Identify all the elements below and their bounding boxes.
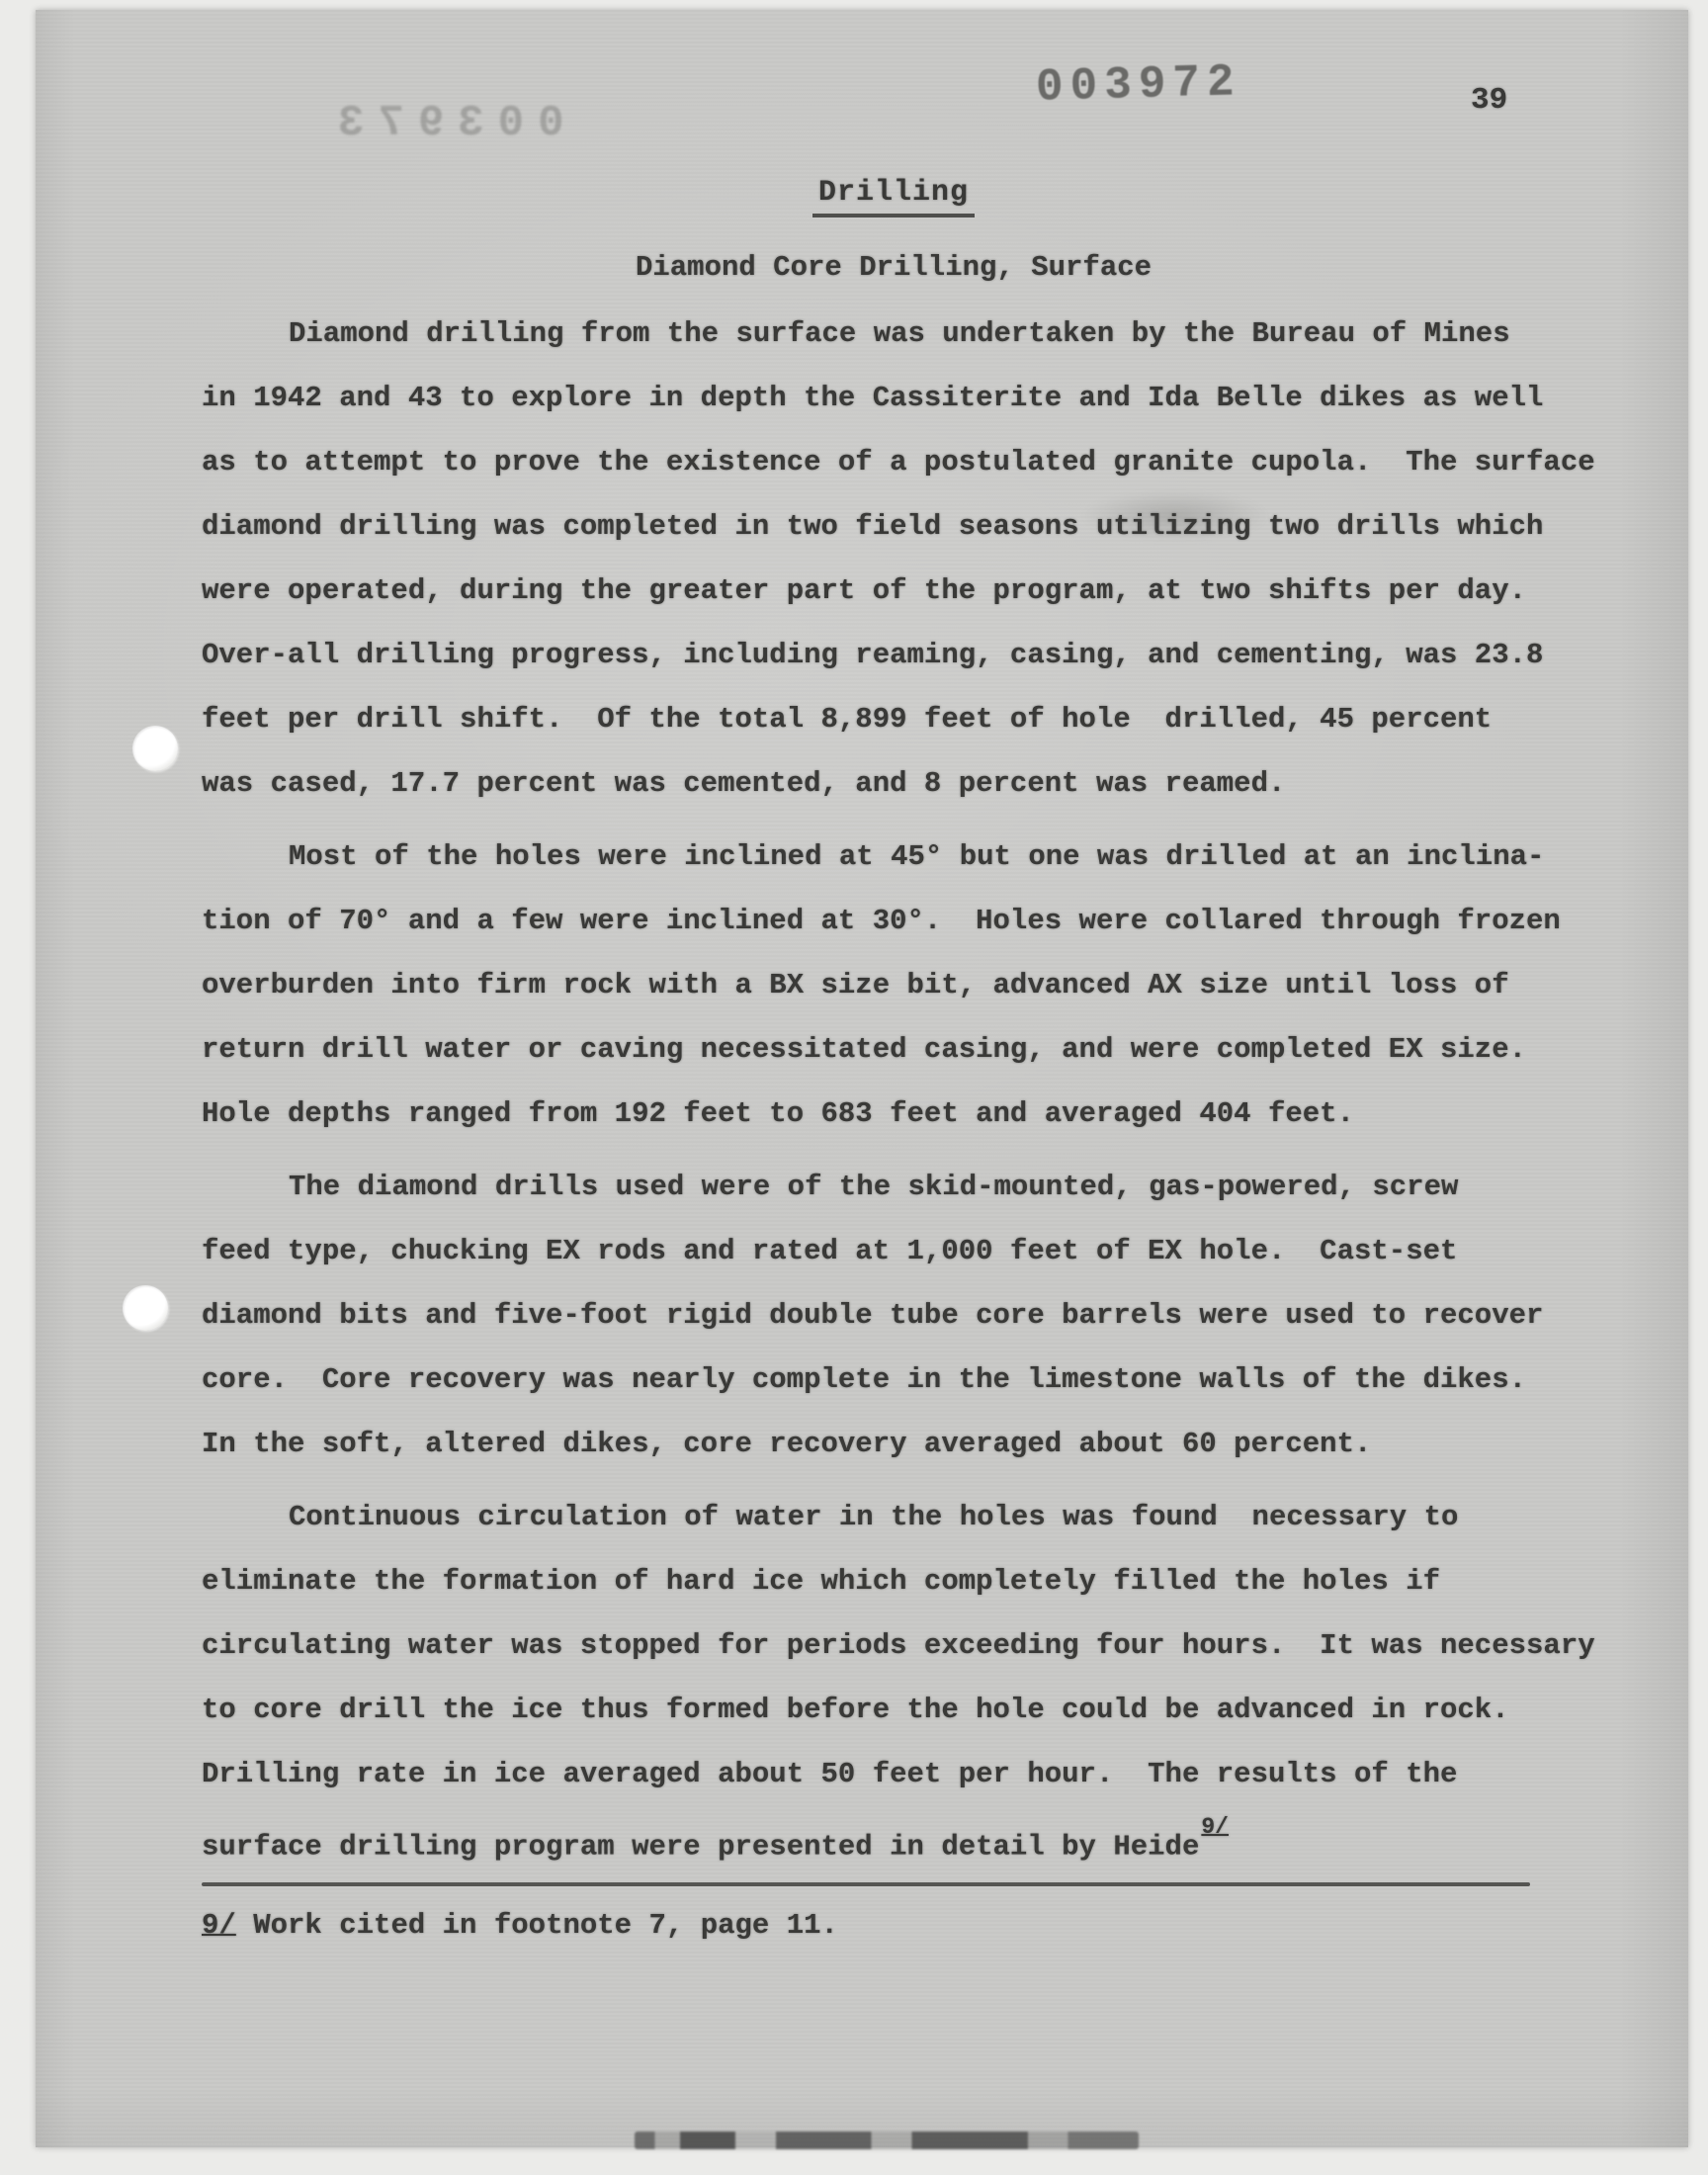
- body-line: Most of the holes were inclined at 45° b…: [202, 825, 1585, 889]
- bleedthrough-stamp-number: 003973: [324, 99, 563, 148]
- body-line: Continuous circulation of water in the h…: [202, 1485, 1585, 1549]
- body-line: The diamond drills used were of the skid…: [202, 1155, 1585, 1219]
- footnote: 9/ Work cited in footnote 7, page 11.: [202, 1906, 1585, 1946]
- punch-hole-top: [132, 726, 178, 771]
- section-title-row: Drilling: [202, 176, 1585, 217]
- body-line: diamond drilling was completed in two fi…: [202, 494, 1585, 559]
- body-line: overburden into firm rock with a BX size…: [202, 953, 1585, 1017]
- stamp-number: 003972: [1035, 56, 1241, 113]
- body-line: return drill water or caving necessitate…: [202, 1017, 1585, 1082]
- page-content: Drilling Diamond Core Drilling, Surface …: [202, 166, 1585, 1946]
- punch-hole-bottom: [123, 1285, 168, 1331]
- body-line: Diamond drilling from the surface was un…: [202, 302, 1585, 366]
- footnote-reference-mark: 9/: [1201, 1814, 1229, 1840]
- page-number: 39: [1471, 83, 1507, 118]
- body-line: feet per drill shift. Of the total 8,899…: [202, 687, 1585, 751]
- body-line: Over-all drilling progress, including re…: [202, 623, 1585, 687]
- paragraph-3: The diamond drills used were of the skid…: [202, 1155, 1585, 1476]
- paragraph-2: Most of the holes were inclined at 45° b…: [202, 825, 1585, 1146]
- scan-artifact-bottom-edge: [635, 2131, 1139, 2149]
- body-line: to core drill the ice thus formed before…: [202, 1678, 1585, 1742]
- scanned-document-page: { "document": { "stamp_number": "003972"…: [0, 0, 1708, 2175]
- paragraph-4: Continuous circulation of water in the h…: [202, 1485, 1585, 1870]
- body-line: core. Core recovery was nearly complete …: [202, 1348, 1585, 1412]
- paragraph-1: Diamond drilling from the surface was un…: [202, 302, 1585, 816]
- body-line: circulating water was stopped for period…: [202, 1613, 1585, 1678]
- body-line: feed type, chucking EX rods and rated at…: [202, 1219, 1585, 1283]
- body-line: tion of 70° and a few were inclined at 3…: [202, 889, 1585, 953]
- body-line: In the soft, altered dikes, core recover…: [202, 1412, 1585, 1476]
- body-line-with-footnote-ref: surface drilling program were presented …: [202, 1806, 1585, 1870]
- body-line: Drilling rate in ice averaged about 50 f…: [202, 1742, 1585, 1806]
- section-subtitle: Diamond Core Drilling, Surface: [202, 251, 1585, 284]
- footnote-divider-rule: [202, 1882, 1530, 1886]
- paper-sheet: 003973 003972 39 Drilling Diamond Core D…: [36, 10, 1688, 2147]
- body-line-text: surface drilling program were presented …: [202, 1831, 1199, 1864]
- footnote-text: Work cited in footnote 7, page 11.: [236, 1909, 838, 1942]
- body-line: as to attempt to prove the existence of …: [202, 430, 1585, 494]
- body-line: eliminate the formation of hard ice whic…: [202, 1549, 1585, 1613]
- body-line: diamond bits and five-foot rigid double …: [202, 1283, 1585, 1348]
- body-line: were operated, during the greater part o…: [202, 559, 1585, 623]
- body-line: in 1942 and 43 to explore in depth the C…: [202, 366, 1585, 430]
- section-title: Drilling: [812, 176, 975, 217]
- body-line: was cased, 17.7 percent was cemented, an…: [202, 751, 1585, 816]
- body-line: Hole depths ranged from 192 feet to 683 …: [202, 1082, 1585, 1146]
- footnote-ref-label: 9/: [202, 1909, 236, 1942]
